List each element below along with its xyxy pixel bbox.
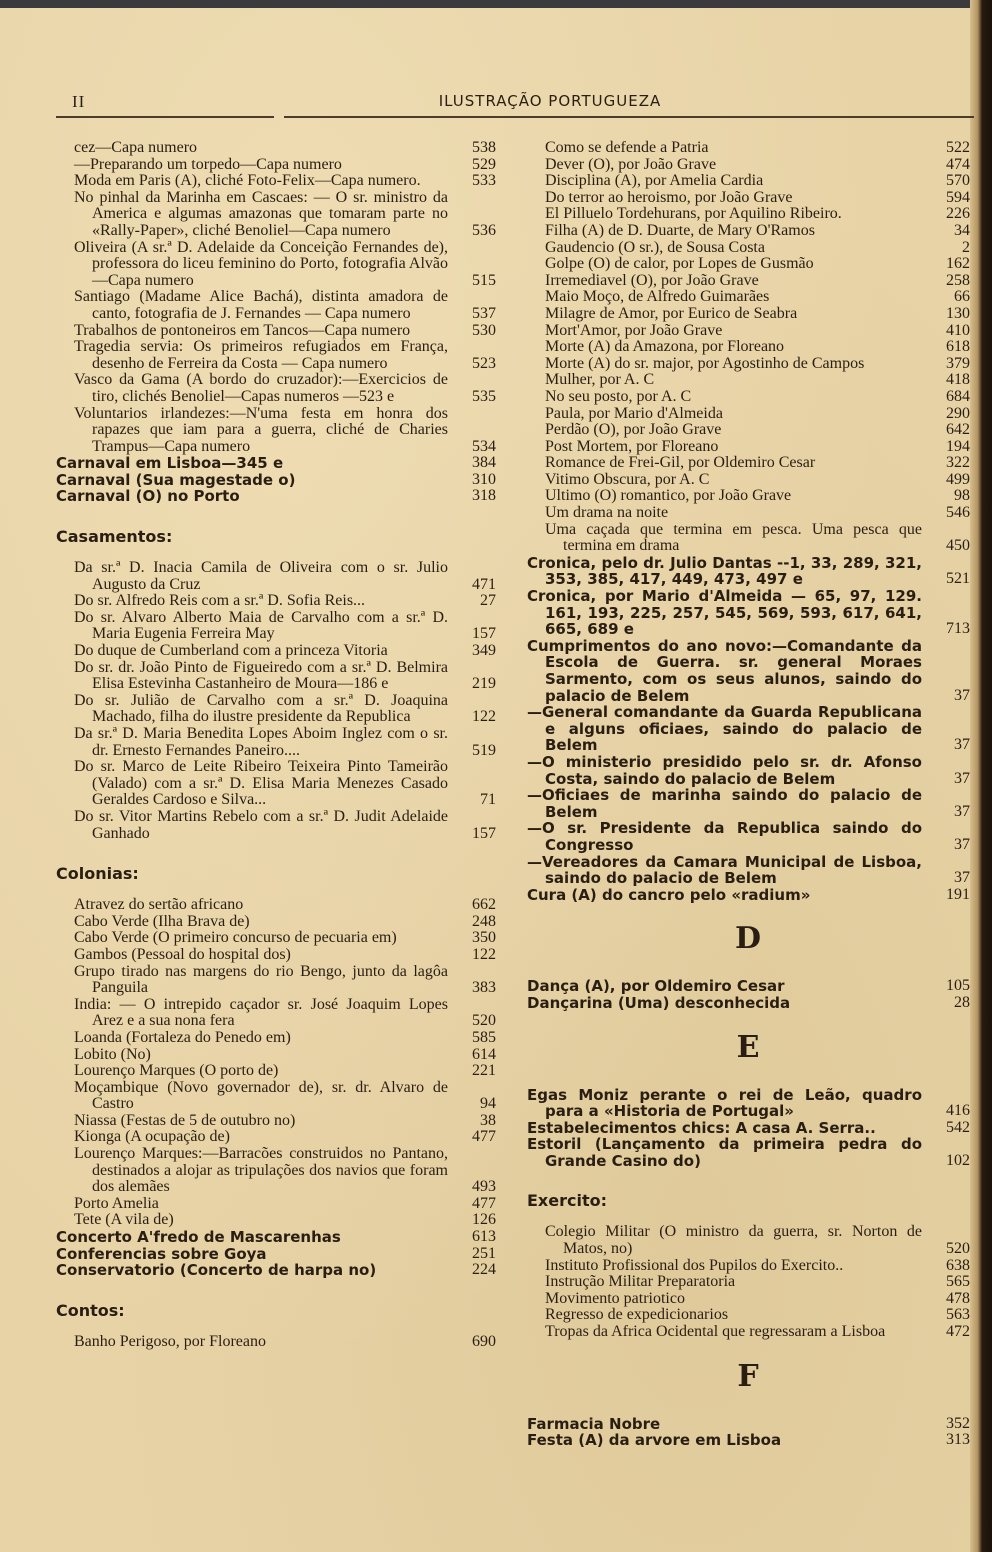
index-entry: Cumprimentos do ano novo:—Comandante da … <box>527 638 970 704</box>
entry-title: Moda em Paris (A), cliché Foto-Felix—Cap… <box>56 173 448 190</box>
index-entry: Moçambique (Novo governador de), sr. dr.… <box>56 1080 496 1113</box>
entry-title: Irremediavel (O), por João Grave <box>527 273 922 290</box>
entry-page-number: 290 <box>930 406 970 423</box>
entry-title: Do sr. Julião de Carvalho com a sr.ª D. … <box>56 693 448 726</box>
index-entry: Do sr. dr. João Pinto de Figueiredo com … <box>56 660 496 693</box>
index-entry: Carnaval (O) no Porto318 <box>56 488 496 505</box>
index-entry: Loanda (Fortaleza do Penedo em)585 <box>56 1030 496 1047</box>
entry-page-number: 383 <box>456 980 496 997</box>
entry-page-number: 162 <box>930 256 970 273</box>
entry-title: Lobito (No) <box>56 1047 448 1064</box>
index-entry: —Oficiaes de marinha saindo do palacio d… <box>527 787 970 820</box>
index-entry: Romance de Frei-Gil, por Oldemiro Cesar3… <box>527 455 970 472</box>
entry-title: Carnaval em Lisboa—345 e <box>56 455 448 472</box>
entry-title: Atravez do sertão africano <box>56 897 448 914</box>
entry-title: Paula, por Mario d'Almeida <box>527 406 922 423</box>
entry-page-number: 221 <box>456 1063 496 1080</box>
index-entry: Disciplina (A), por Amelia Cardia570 <box>527 173 970 190</box>
entry-title: Do sr. Marco de Leite Ribeiro Teixeira P… <box>56 759 448 809</box>
index-entry: Niassa (Festas de 5 de outubro no)38 <box>56 1113 496 1130</box>
index-entry: Grupo tirado nas margens do rio Bengo, j… <box>56 964 496 997</box>
entry-page-number: 477 <box>456 1129 496 1146</box>
alphabet-letter-heading: E <box>527 1030 970 1065</box>
entry-page-number: 542 <box>930 1120 970 1137</box>
entry-page-number: 219 <box>456 676 496 693</box>
index-entry: Milagre de Amor, por Eurico de Seabra130 <box>527 306 970 323</box>
index-entry: Do terror ao heroismo, por João Grave594 <box>527 190 970 207</box>
index-entry: Dança (A), por Oldemiro Cesar105 <box>527 978 970 995</box>
entry-title: Milagre de Amor, por Eurico de Seabra <box>527 306 922 323</box>
entry-page-number: 251 <box>456 1246 496 1263</box>
index-entry: —Vereadores da Camara Municipal de Lisbo… <box>527 854 970 887</box>
index-entry: Trabalhos de pontoneiros em Tancos—Capa … <box>56 323 496 340</box>
entry-title: Da sr.ª D. Inacia Camila de Oliveira com… <box>56 560 448 593</box>
index-entry: Carnaval (Sua magestade o)310 <box>56 472 496 489</box>
entry-page-number: 37 <box>930 688 970 705</box>
entry-title: Instrução Militar Preparatoria <box>527 1274 922 1291</box>
index-entry: Maio Moço, de Alfredo Guimarães66 <box>527 289 970 306</box>
index-column-left: cez—Capa numero538—Preparando um torpedo… <box>56 140 496 1350</box>
entry-title: Estabelecimentos chics: A casa A. Serra.… <box>527 1120 922 1137</box>
entry-page-number: 258 <box>930 273 970 290</box>
entry-page-number: 521 <box>930 571 970 588</box>
index-entry: Instrução Militar Preparatoria565 <box>527 1274 970 1291</box>
entry-title: —O sr. Presidente da Republica saindo do… <box>527 820 922 853</box>
entry-page-number: 34 <box>930 223 970 240</box>
index-entry: Regresso de expedicionarios563 <box>527 1307 970 1324</box>
entry-page-number: 565 <box>930 1274 970 1291</box>
entry-page-number: 515 <box>456 273 496 290</box>
index-column-right: Como se defende a Patria522Dever (O), po… <box>527 140 970 1449</box>
entry-page-number: 224 <box>456 1262 496 1279</box>
entry-title: Do sr. Alvaro Alberto Maia de Carvalho c… <box>56 610 448 643</box>
section-heading: Casamentos: <box>56 527 496 546</box>
index-entry: Do sr. Alvaro Alberto Maia de Carvalho c… <box>56 610 496 643</box>
entry-page-number: 537 <box>456 306 496 323</box>
entry-page-number: 2 <box>930 240 970 257</box>
index-entry: Mulher, por A. C418 <box>527 372 970 389</box>
index-entry: Golpe (O) de calor, por Lopes de Gusmão1… <box>527 256 970 273</box>
index-entry: Morte (A) da Amazona, por Floreano618 <box>527 339 970 356</box>
entry-page-number: 66 <box>930 289 970 306</box>
entry-title: Conferencias sobre Goya <box>56 1246 448 1263</box>
index-entry: Post Mortem, por Floreano194 <box>527 439 970 456</box>
entry-page-number: 226 <box>930 206 970 223</box>
entry-page-number: 471 <box>456 577 496 594</box>
entry-page-number: 349 <box>456 643 496 660</box>
entry-title: Kionga (A ocupação de) <box>56 1129 448 1146</box>
entry-title: Do duque de Cumberland com a princeza Vi… <box>56 643 448 660</box>
entry-title: Maio Moço, de Alfredo Guimarães <box>527 289 922 306</box>
entry-page-number: 538 <box>456 140 496 157</box>
entry-page-number: 534 <box>456 439 496 456</box>
index-entry: Ultimo (O) romantico, por João Grave98 <box>527 488 970 505</box>
entry-page-number: 126 <box>456 1212 496 1229</box>
entry-page-number: 418 <box>930 372 970 389</box>
scan-top-edge <box>0 0 992 8</box>
entry-page-number: 350 <box>456 930 496 947</box>
index-entry: Conservatorio (Concerto de harpa no)224 <box>56 1262 496 1279</box>
index-entry: Tropas da Africa Ocidental que regressar… <box>527 1324 970 1341</box>
entry-page-number: 519 <box>456 743 496 760</box>
index-entry: Santiago (Madame Alice Bachá), distinta … <box>56 289 496 322</box>
entry-page-number: 638 <box>930 1258 970 1275</box>
entry-page-number: 594 <box>930 190 970 207</box>
entry-page-number: 384 <box>456 455 496 472</box>
entry-title: Lourenço Marques (O porto de) <box>56 1063 448 1080</box>
entry-title: Da sr.ª D. Maria Benedita Lopes Aboim In… <box>56 726 448 759</box>
entry-page-number: 662 <box>456 897 496 914</box>
index-entry: Gaudencio (O sr.), de Sousa Costa2 <box>527 240 970 257</box>
entry-page-number: 410 <box>930 323 970 340</box>
index-entry: Carnaval em Lisboa—345 e384 <box>56 455 496 472</box>
entry-title: Tragedia servia: Os primeiros refugiados… <box>56 339 448 372</box>
index-entry: Conferencias sobre Goya251 <box>56 1246 496 1263</box>
index-entry: Do sr. Alfredo Reis com a sr.ª D. Sofia … <box>56 593 496 610</box>
index-entry: Moda em Paris (A), cliché Foto-Felix—Cap… <box>56 173 496 190</box>
index-entry: Movimento patriotico478 <box>527 1291 970 1308</box>
entry-title: Tropas da Africa Ocidental que regressar… <box>527 1324 922 1341</box>
entry-page-number: 318 <box>456 488 496 505</box>
index-entry: Cronica, por Mario d'Almeida — 65, 97, 1… <box>527 588 970 638</box>
entry-page-number: 472 <box>930 1324 970 1341</box>
index-entry: Mort'Amor, por João Grave410 <box>527 323 970 340</box>
entry-title: Estoril (Lançamento da primeira pedra do… <box>527 1136 922 1169</box>
entry-title: Festa (A) da arvore em Lisboa <box>527 1432 922 1449</box>
entry-title: Vasco da Gama (A bordo do cruzador):—Exe… <box>56 372 448 405</box>
entry-title: Dançarina (Uma) desconhecida <box>527 995 922 1012</box>
entry-page-number: 94 <box>456 1096 496 1113</box>
index-entry: Estoril (Lançamento da primeira pedra do… <box>527 1136 970 1169</box>
entry-title: Instituto Profissional dos Pupilos do Ex… <box>527 1258 922 1275</box>
entry-page-number: 642 <box>930 422 970 439</box>
index-entry: Tete (A vila de)126 <box>56 1212 496 1229</box>
entry-title: Colegio Militar (O ministro da guerra, s… <box>527 1224 922 1257</box>
entry-title: —Vereadores da Camara Municipal de Lisbo… <box>527 854 922 887</box>
entry-page-number: 37 <box>930 870 970 887</box>
index-entry: Voluntarios irlandezes:—N'uma festa em h… <box>56 406 496 456</box>
index-entry: Morte (A) do sr. major, por Agostinho de… <box>527 356 970 373</box>
page-header: II ILUSTRAÇÃO PORTUGUEZA <box>70 92 975 112</box>
index-entry: Vitimo Obscura, por A. C499 <box>527 472 970 489</box>
entry-title: Morte (A) da Amazona, por Floreano <box>527 339 922 356</box>
index-entry: Do sr. Julião de Carvalho com a sr.ª D. … <box>56 693 496 726</box>
entry-title: Cumprimentos do ano novo:—Comandante da … <box>527 638 922 704</box>
index-entry: Vasco da Gama (A bordo do cruzador):—Exe… <box>56 372 496 405</box>
entry-page-number: 474 <box>930 157 970 174</box>
entry-title: cez—Capa numero <box>56 140 448 157</box>
index-entry: Cabo Verde (Ilha Brava de)248 <box>56 914 496 931</box>
entry-page-number: 157 <box>456 826 496 843</box>
entry-title: Conservatorio (Concerto de harpa no) <box>56 1262 448 1279</box>
entry-page-number: 37 <box>930 737 970 754</box>
index-entry: Paula, por Mario d'Almeida290 <box>527 406 970 423</box>
entry-page-number: 523 <box>456 356 496 373</box>
entry-page-number: 122 <box>456 709 496 726</box>
entry-page-number: 536 <box>456 223 496 240</box>
entry-title: Tete (A vila de) <box>56 1212 448 1229</box>
entry-page-number: 102 <box>930 1153 970 1170</box>
entry-title: Grupo tirado nas margens do rio Bengo, j… <box>56 964 448 997</box>
index-entry: Egas Moniz perante o rei de Leão, quadro… <box>527 1087 970 1120</box>
entry-title: Porto Amelia <box>56 1196 448 1213</box>
index-entry: No seu posto, por A. C684 <box>527 389 970 406</box>
entry-page-number: 416 <box>930 1103 970 1120</box>
entry-page-number: 157 <box>456 626 496 643</box>
entry-page-number: 520 <box>456 1013 496 1030</box>
entry-page-number: 478 <box>930 1291 970 1308</box>
entry-page-number: 313 <box>930 1432 970 1449</box>
entry-title: No seu posto, por A. C <box>527 389 922 406</box>
header-rule-left <box>56 116 274 118</box>
index-entry: —Preparando um torpedo—Capa numero529 <box>56 157 496 174</box>
entry-title: Carnaval (O) no Porto <box>56 488 448 505</box>
index-entry: Oliveira (A sr.ª D. Adelaide da Conceiçã… <box>56 240 496 290</box>
entry-title: Farmacia Nobre <box>527 1416 922 1433</box>
index-entry: Um drama na noite546 <box>527 505 970 522</box>
entry-title: Um drama na noite <box>527 505 922 522</box>
index-entry: Banho Perigoso, por Floreano690 <box>56 1334 496 1351</box>
entry-title: —Preparando um torpedo—Capa numero <box>56 157 448 174</box>
entry-page-number: 570 <box>930 173 970 190</box>
entry-title: Como se defende a Patria <box>527 140 922 157</box>
entry-title: Santiago (Madame Alice Bachá), distinta … <box>56 289 448 322</box>
entry-page-number: 530 <box>456 323 496 340</box>
alphabet-letter-heading: F <box>527 1359 970 1394</box>
entry-page-number: 310 <box>456 472 496 489</box>
entry-title: Vitimo Obscura, por A. C <box>527 472 922 489</box>
entry-title: Trabalhos de pontoneiros em Tancos—Capa … <box>56 323 448 340</box>
index-entry: Lourenço Marques (O porto de)221 <box>56 1063 496 1080</box>
entry-title: —Oficiaes de marinha saindo do palacio d… <box>527 787 922 820</box>
entry-title: Cronica, pelo dr. Julio Dantas --1, 33, … <box>527 555 922 588</box>
entry-page-number: 105 <box>930 978 970 995</box>
index-entry: Do sr. Vitor Martins Rebelo com a sr.ª D… <box>56 809 496 842</box>
index-entry: Porto Amelia477 <box>56 1196 496 1213</box>
entry-title: Gambos (Pessoal do hospital dos) <box>56 947 448 964</box>
entry-title: Do sr. dr. João Pinto de Figueiredo com … <box>56 660 448 693</box>
entry-title: Filha (A) de D. Duarte, de Mary O'Ramos <box>527 223 922 240</box>
entry-title: Niassa (Festas de 5 de outubro no) <box>56 1113 448 1130</box>
entry-page-number: 477 <box>456 1196 496 1213</box>
entry-title: Do sr. Alfredo Reis com a sr.ª D. Sofia … <box>56 593 448 610</box>
entry-page-number: 450 <box>930 538 970 555</box>
entry-title: Golpe (O) de calor, por Lopes de Gusmão <box>527 256 922 273</box>
entry-title: No pinhal da Marinha em Cascaes: — O sr.… <box>56 190 448 240</box>
entry-page-number: 546 <box>930 505 970 522</box>
entry-title: —General comandante da Guarda Republican… <box>527 704 922 754</box>
entry-page-number: 194 <box>930 439 970 456</box>
entry-title: Regresso de expedicionarios <box>527 1307 922 1324</box>
entry-title: Morte (A) do sr. major, por Agostinho de… <box>527 356 922 373</box>
index-entry: Filha (A) de D. Duarte, de Mary O'Ramos3… <box>527 223 970 240</box>
entry-page-number: 37 <box>930 837 970 854</box>
entry-title: Egas Moniz perante o rei de Leão, quadro… <box>527 1087 922 1120</box>
index-entry: Lobito (No)614 <box>56 1047 496 1064</box>
entry-title: Cabo Verde (O primeiro concurso de pecua… <box>56 930 448 947</box>
index-entry: Festa (A) da arvore em Lisboa313 <box>527 1432 970 1449</box>
entry-page-number: 122 <box>456 947 496 964</box>
entry-page-number: 563 <box>930 1307 970 1324</box>
entry-page-number: 98 <box>930 488 970 505</box>
index-entry: India: — O intrepido caçador sr. José Jo… <box>56 997 496 1030</box>
entry-title: Romance de Frei-Gil, por Oldemiro Cesar <box>527 455 922 472</box>
entry-page-number: 520 <box>930 1241 970 1258</box>
index-entry: Lourenço Marques:—Barracões construidos … <box>56 1146 496 1196</box>
spacer <box>56 1279 496 1291</box>
entry-title: —O ministerio presidido pelo sr. dr. Afo… <box>527 754 922 787</box>
index-entry: Estabelecimentos chics: A casa A. Serra.… <box>527 1120 970 1137</box>
index-entry: Da sr.ª D. Inacia Camila de Oliveira com… <box>56 560 496 593</box>
entry-page-number: 585 <box>456 1030 496 1047</box>
index-entry: Colegio Militar (O ministro da guerra, s… <box>527 1224 970 1257</box>
index-entry: No pinhal da Marinha em Cascaes: — O sr.… <box>56 190 496 240</box>
spacer <box>56 505 496 517</box>
entry-title: Do terror ao heroismo, por João Grave <box>527 190 922 207</box>
entry-title: Voluntarios irlandezes:—N'uma festa em h… <box>56 406 448 456</box>
index-entry: Da sr.ª D. Maria Benedita Lopes Aboim In… <box>56 726 496 759</box>
entry-page-number: 493 <box>456 1179 496 1196</box>
entry-page-number: 322 <box>930 455 970 472</box>
section-heading: Contos: <box>56 1301 496 1320</box>
entry-title: Gaudencio (O sr.), de Sousa Costa <box>527 240 922 257</box>
entry-title: Moçambique (Novo governador de), sr. dr.… <box>56 1080 448 1113</box>
index-entry: Dançarina (Uma) desconhecida28 <box>527 995 970 1012</box>
entry-title: Dever (O), por João Grave <box>527 157 922 174</box>
index-entry: Do duque de Cumberland com a princeza Vi… <box>56 643 496 660</box>
index-entry: —O sr. Presidente da Republica saindo do… <box>527 820 970 853</box>
entry-title: Disciplina (A), por Amelia Cardia <box>527 173 922 190</box>
entry-title: Perdão (O), por João Grave <box>527 422 922 439</box>
entry-title: El Pilluelo Tordehurans, por Aquilino Ri… <box>527 206 922 223</box>
entry-page-number: 522 <box>930 140 970 157</box>
entry-title: Dança (A), por Oldemiro Cesar <box>527 978 922 995</box>
index-entry: Cronica, pelo dr. Julio Dantas --1, 33, … <box>527 555 970 588</box>
entry-title: Banho Perigoso, por Floreano <box>56 1334 448 1351</box>
index-entry: Perdão (O), por João Grave642 <box>527 422 970 439</box>
entry-title: Concerto A'fredo de Mascarenhas <box>56 1229 448 1246</box>
entry-page-number: 28 <box>930 995 970 1012</box>
index-entry: Cabo Verde (O primeiro concurso de pecua… <box>56 930 496 947</box>
entry-page-number: 690 <box>456 1334 496 1351</box>
spacer <box>527 1169 970 1181</box>
entry-page-number: 352 <box>930 1416 970 1433</box>
entry-page-number: 379 <box>930 356 970 373</box>
index-entry: Kionga (A ocupação de)477 <box>56 1129 496 1146</box>
index-entry: Instituto Profissional dos Pupilos do Ex… <box>527 1258 970 1275</box>
entry-title: Cabo Verde (Ilha Brava de) <box>56 914 448 931</box>
index-entry: —O ministerio presidido pelo sr. dr. Afo… <box>527 754 970 787</box>
entry-title: Post Mortem, por Floreano <box>527 439 922 456</box>
entry-page-number: 684 <box>930 389 970 406</box>
index-entry: Irremediavel (O), por João Grave258 <box>527 273 970 290</box>
index-entry: cez—Capa numero538 <box>56 140 496 157</box>
entry-page-number: 37 <box>930 804 970 821</box>
entry-title: Uma caçada que termina em pesca. Uma pes… <box>527 522 922 555</box>
entry-page-number: 248 <box>456 914 496 931</box>
entry-page-number: 533 <box>456 173 496 190</box>
book-spine-shadow <box>970 0 992 1552</box>
entry-title: Oliveira (A sr.ª D. Adelaide da Conceiçã… <box>56 240 448 290</box>
index-entry: Tragedia servia: Os primeiros refugiados… <box>56 339 496 372</box>
entry-page-number: 529 <box>456 157 496 174</box>
publication-title: ILUSTRAÇÃO PORTUGUEZA <box>380 92 720 110</box>
entry-page-number: 130 <box>930 306 970 323</box>
entry-page-number: 27 <box>456 593 496 610</box>
section-heading: Exercito: <box>527 1191 970 1210</box>
entry-page-number: 38 <box>456 1113 496 1130</box>
entry-title: Carnaval (Sua magestade o) <box>56 472 448 489</box>
page-number: II <box>72 92 85 112</box>
index-entry: Atravez do sertão africano662 <box>56 897 496 914</box>
entry-page-number: 37 <box>930 771 970 788</box>
entry-title: Loanda (Fortaleza do Penedo em) <box>56 1030 448 1047</box>
entry-title: Cura (A) do cancro pelo «radium» <box>527 887 922 904</box>
entry-title: Do sr. Vitor Martins Rebelo com a sr.ª D… <box>56 809 448 842</box>
entry-title: Cronica, por Mario d'Almeida — 65, 97, 1… <box>527 588 922 638</box>
index-entry: —General comandante da Guarda Republican… <box>527 704 970 754</box>
entry-title: Lourenço Marques:—Barracões construidos … <box>56 1146 448 1196</box>
index-entry: Concerto A'fredo de Mascarenhas613 <box>56 1229 496 1246</box>
entry-title: India: — O intrepido caçador sr. José Jo… <box>56 997 448 1030</box>
entry-page-number: 713 <box>930 621 970 638</box>
index-entry: Farmacia Nobre352 <box>527 1416 970 1433</box>
spacer <box>56 842 496 854</box>
entry-page-number: 535 <box>456 389 496 406</box>
entry-page-number: 71 <box>456 792 496 809</box>
index-entry: Uma caçada que termina em pesca. Uma pes… <box>527 522 970 555</box>
index-entry: Do sr. Marco de Leite Ribeiro Teixeira P… <box>56 759 496 809</box>
entry-page-number: 618 <box>930 339 970 356</box>
index-entry: El Pilluelo Tordehurans, por Aquilino Ri… <box>527 206 970 223</box>
entry-page-number: 499 <box>930 472 970 489</box>
entry-title: Ultimo (O) romantico, por João Grave <box>527 488 922 505</box>
entry-page-number: 613 <box>456 1229 496 1246</box>
entry-page-number: 191 <box>930 887 970 904</box>
entry-title: Movimento patriotico <box>527 1291 922 1308</box>
header-rule-right <box>284 116 974 118</box>
index-entry: Como se defende a Patria522 <box>527 140 970 157</box>
index-entry: Cura (A) do cancro pelo «radium»191 <box>527 887 970 904</box>
entry-title: Mort'Amor, por João Grave <box>527 323 922 340</box>
entry-title: Mulher, por A. C <box>527 372 922 389</box>
section-heading: Colonias: <box>56 864 496 883</box>
index-entry: Dever (O), por João Grave474 <box>527 157 970 174</box>
alphabet-letter-heading: D <box>527 921 970 956</box>
entry-page-number: 614 <box>456 1047 496 1064</box>
index-entry: Gambos (Pessoal do hospital dos)122 <box>56 947 496 964</box>
